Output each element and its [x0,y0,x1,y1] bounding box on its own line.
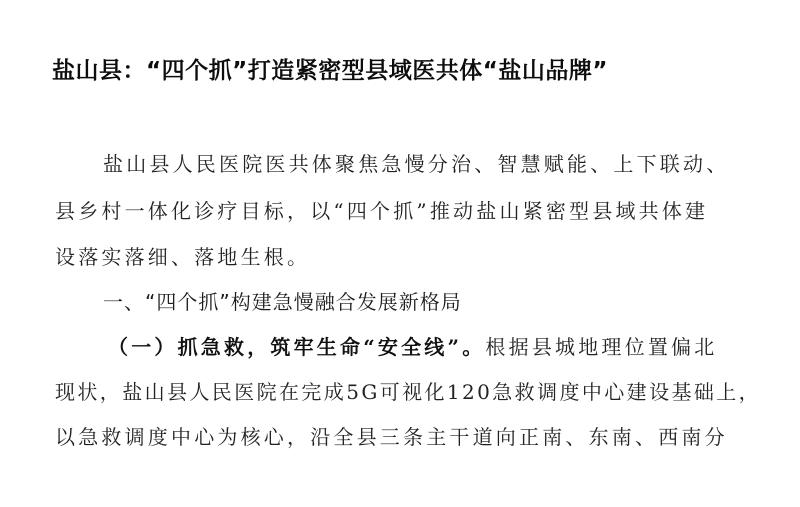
subsection-heading: （一）抓急救，筑牢生命“安全线”。 [108,335,485,359]
paragraph-line: 设落实落细、落地生根。 [55,241,310,270]
subsection-first-line: （一）抓急救，筑牢生命“安全线”。根据县城地理位置偏北 [108,331,717,360]
document-title: 盐山县：“四个抓”打造紧密型县域医共体“盐山品牌” [52,52,792,85]
paragraph-line: 以急救调度中心为核心，沿全县三条主干道向正南、东南、西南分 [55,421,728,450]
paragraph-line: 县乡村一体化诊疗目标，以“四个抓”推动盐山紧密型县域共体建 [55,195,708,224]
subsection-text: 根据县城地理位置偏北 [485,335,717,359]
paragraph-line: 现状，盐山县人民医院在完成5G可视化120急救调度中心建设基础上， [55,376,761,405]
section-heading: 一、“四个抓”构建急慢融合发展新格局 [103,286,462,315]
paragraph-line: 盐山县人民医院医共体聚焦急慢分治、智慧赋能、上下联动、 [103,148,729,177]
